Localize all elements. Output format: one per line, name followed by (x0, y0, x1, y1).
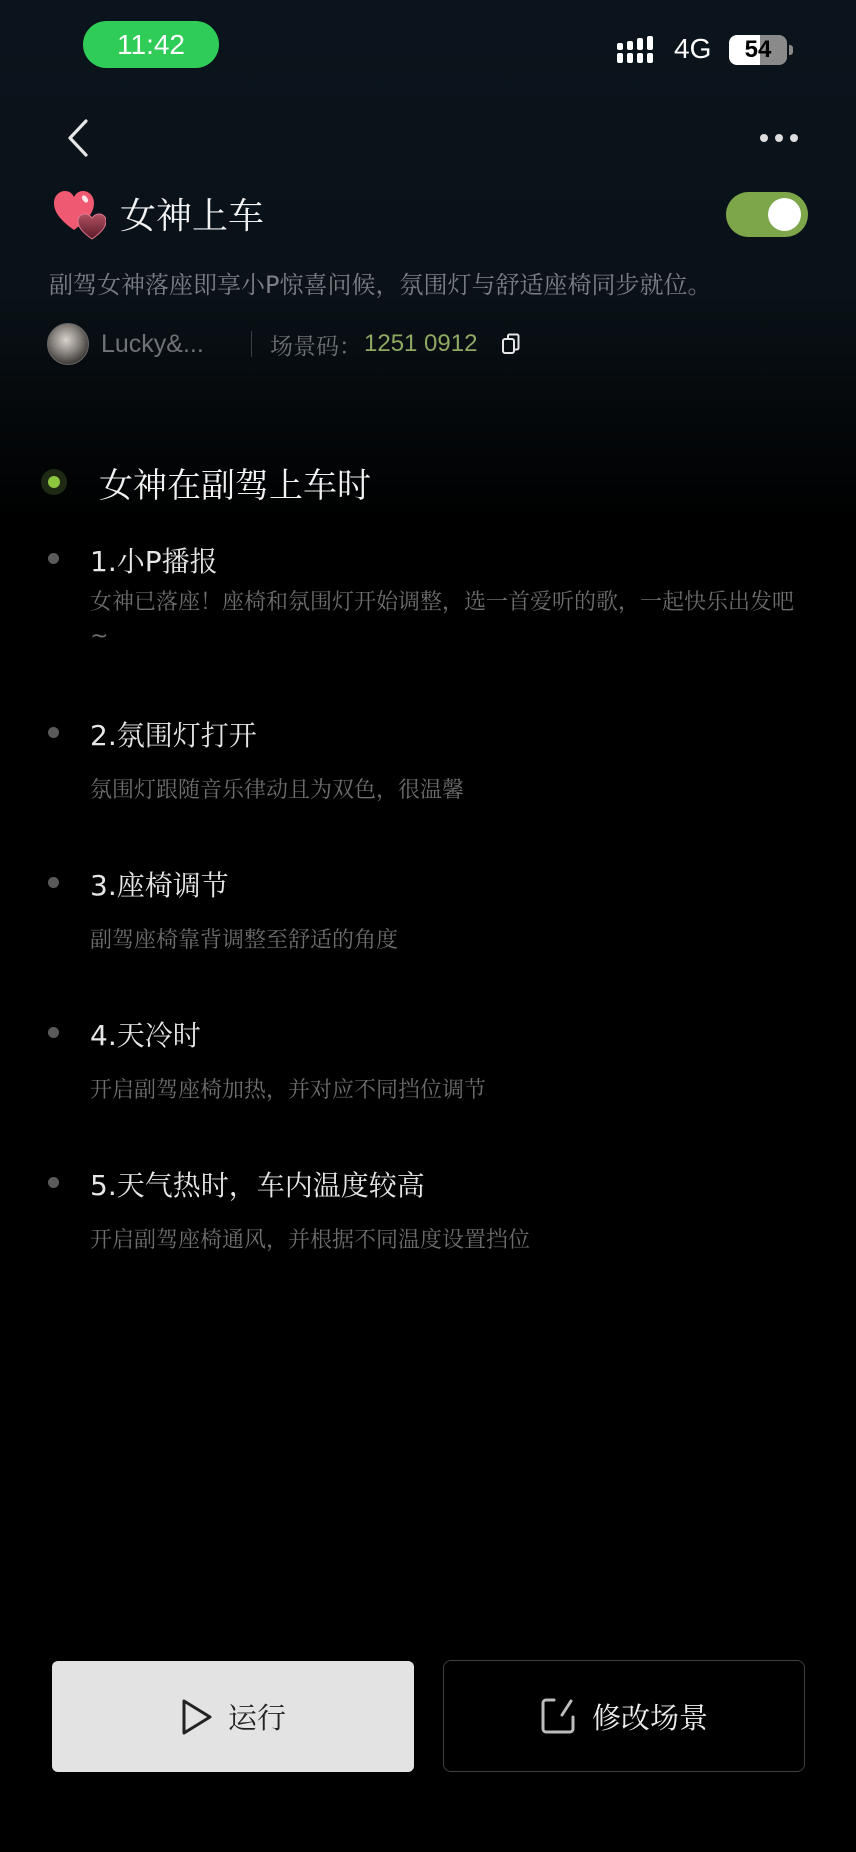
step-description: 副驾座椅靠背调整至舒适的角度 (90, 924, 810, 958)
step-title: 3.座椅调节 (90, 864, 229, 904)
bullet-icon (48, 727, 59, 738)
hearts-icon (54, 190, 106, 240)
dot (760, 134, 768, 142)
bullet-icon (48, 1177, 59, 1188)
play-icon (180, 1698, 214, 1736)
scene-description: 副驾女神落座即享小P惊喜问候，氛围灯与舒适座椅同步就位。 (49, 265, 711, 300)
bullet-icon (48, 553, 59, 564)
bullet-icon (48, 877, 59, 888)
step-title: 5.天气热时，车内温度较高 (90, 1164, 425, 1204)
status-bar: 11:42 4G 54 (0, 0, 856, 90)
scene-enable-toggle[interactable] (726, 192, 808, 237)
battery-level: 54 (729, 35, 787, 65)
copy-icon[interactable] (501, 333, 521, 355)
avatar[interactable] (47, 323, 89, 365)
step-title: 1.小P播报 (90, 540, 218, 580)
trigger-indicator-icon (41, 469, 67, 495)
author-name[interactable]: Lucky&... (101, 330, 221, 359)
edit-scene-button-label: 修改场景 (592, 1696, 708, 1737)
scene-title: 女神上车 (120, 188, 264, 239)
step-description: 开启副驾座椅通风，并根据不同温度设置挡位 (90, 1224, 810, 1258)
dot (775, 134, 783, 142)
dot (790, 134, 798, 142)
run-button-label: 运行 (228, 1696, 286, 1737)
step-title: 2.氛围灯打开 (90, 714, 257, 754)
battery-tip (789, 45, 793, 55)
bullet-icon (48, 1027, 59, 1038)
step-title: 4.天冷时 (90, 1014, 201, 1054)
network-type: 4G (674, 33, 711, 65)
edit-scene-button[interactable]: 修改场景 (443, 1660, 805, 1772)
trigger-title: 女神在副驾上车时 (99, 458, 371, 507)
edit-icon (540, 1697, 578, 1735)
run-button[interactable]: 运行 (52, 1661, 414, 1772)
scene-code-label: 场景码： (270, 328, 362, 361)
step-description: 开启副驾座椅加热，并对应不同挡位调节 (90, 1074, 810, 1108)
scene-code-value: 1251 0912 (364, 330, 477, 358)
toggle-knob (768, 198, 801, 231)
back-button[interactable] (60, 115, 100, 161)
battery-icon: 54 (729, 35, 787, 65)
step-description: 氛围灯跟随音乐律动且为双色，很温馨 (90, 774, 810, 808)
scene-meta: Lucky&... 场景码： 1251 0912 (47, 323, 521, 365)
signal-icon (617, 36, 661, 66)
step-description: 女神已落座！座椅和氛围灯开始调整，选一首爱听的歌，一起快乐出发吧~ (90, 586, 810, 654)
divider (251, 331, 252, 357)
more-button[interactable] (760, 125, 806, 151)
status-time: 11:42 (83, 21, 219, 68)
